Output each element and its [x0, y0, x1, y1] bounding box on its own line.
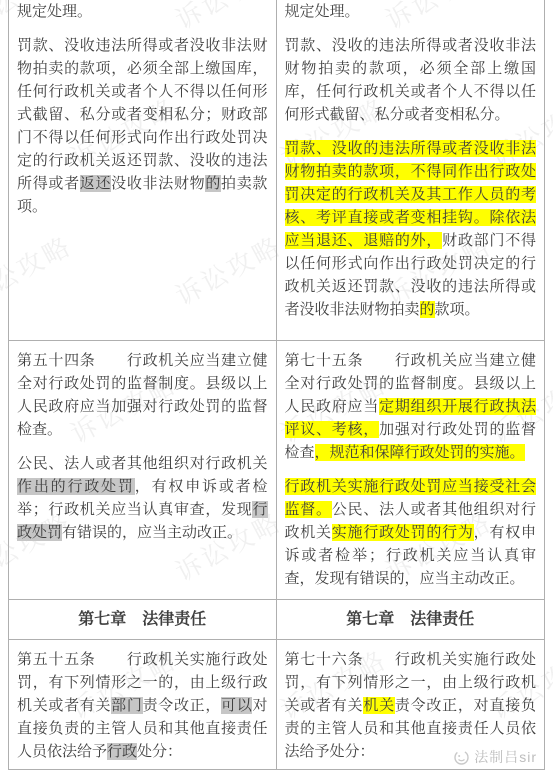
highlight-yellow-segment: 实施行政处罚的行为 — [332, 524, 474, 541]
row-supervision-left-cell: 第五十四条 行政机关应当建立健全对行政处罚的监督制度。县级以上人民政府应当加强对… — [9, 341, 277, 599]
paragraph: 公民、法人或者其他组织对行政机关作出的行政处罚，有权申诉或者检举；行政机关应当认… — [17, 452, 268, 544]
highlight-gray-segment: 部门 — [111, 697, 142, 714]
highlight-yellow-segment: ，规范和保障行政处罚的实施。 — [315, 444, 525, 461]
paragraph: 第五十五条 行政机关实施行政处罚，有下列情形之一的，由上级行政机关或者有关部门责… — [17, 648, 268, 763]
account-watermark-text: 法制吕sir — [474, 747, 537, 767]
highlight-gray-segment: 行政 — [107, 743, 137, 760]
chapter-heading: 第七章 法律责任 — [78, 608, 206, 631]
highlight-gray-segment: 作出的行政处罚 — [17, 478, 135, 495]
text-segment: 罚款、没收违法所得或者没收非法财物拍卖的款项，必须全部上缴国库，任何行政机关或者… — [17, 37, 268, 192]
highlight-yellow-segment: 机关 — [363, 697, 395, 714]
highlight-gray-segment: 可以 — [221, 697, 252, 714]
row-chapter-heading-left-cell: 第七章 法律责任 — [9, 600, 277, 639]
text-segment: 规定处理。 — [285, 3, 360, 20]
law-comparison-page: { "watermark": { "text": "诉讼攻略" }, "badg… — [0, 0, 553, 782]
paragraph: 罚款、没收的违法所得或者没收非法财物拍卖的款项，不得同作出行政处罚决定的行政机关… — [285, 137, 537, 321]
row-fines-handling: 规定处理。罚款、没收违法所得或者没收非法财物拍卖的款项，必须全部上缴国库，任何行… — [9, 0, 544, 341]
text-segment: 款项。 — [435, 301, 480, 318]
highlight-gray-segment: 的 — [205, 175, 221, 192]
paragraph: 规定处理。 — [17, 0, 268, 23]
text-segment: 处分： — [137, 743, 182, 760]
row-supervision-right-cell: 第七十五条 行政机关应当建立健全对行政处罚的监督制度。县级以上人民政府应当定期组… — [277, 341, 545, 599]
highlight-gray-segment: 返还 — [80, 175, 111, 192]
row-supervision: 第五十四条 行政机关应当建立健全对行政处罚的监督制度。县级以上人民政府应当加强对… — [9, 341, 544, 600]
chapter-heading: 第七章 法律责任 — [346, 608, 474, 631]
account-watermark-badge: 法制吕sir — [453, 747, 537, 767]
paragraph: 规定处理。 — [285, 0, 537, 23]
row-liability-left-cell: 第五十五条 行政机关实施行政处罚，有下列情形之一的，由上级行政机关或者有关部门责… — [9, 640, 277, 769]
paragraph: 第七十六条 行政机关实施行政处罚，有下列情形之一，由上级行政机关或者有关机关责令… — [285, 648, 537, 763]
paragraph: 第五十四条 行政机关应当建立健全对行政处罚的监督制度。县级以上人民政府应当加强对… — [17, 349, 268, 441]
text-segment: 罚款、没收的违法所得或者没收非法财物拍卖的款项，必须全部上缴国库，任何行政机关或… — [285, 37, 537, 123]
text-segment: 有错误的，应当主动改正。 — [62, 524, 242, 541]
text-segment: 第五十四条 行政机关应当建立健全对行政处罚的监督制度。县级以上人民政府应当加强对… — [17, 352, 268, 438]
paragraph: 第七十五条 行政机关应当建立健全对行政处罚的监督制度。县级以上人民政府应当定期组… — [285, 349, 537, 464]
row-chapter-heading: 第七章 法律责任第七章 法律责任 — [9, 600, 544, 640]
text-segment: 没收非法财物 — [111, 175, 205, 192]
legal-sir-logo-icon — [453, 749, 470, 766]
row-fines-handling-left-cell: 规定处理。罚款、没收违法所得或者没收非法财物拍卖的款项，必须全部上缴国库，任何行… — [9, 0, 277, 340]
text-segment: 公民、法人或者其他组织对行政机关 — [17, 455, 268, 472]
row-fines-handling-right-cell: 规定处理。罚款、没收的违法所得或者没收非法财物拍卖的款项，必须全部上缴国库，任何… — [277, 0, 545, 340]
paragraph: 罚款、没收违法所得或者没收非法财物拍卖的款项，必须全部上缴国库，任何行政机关或者… — [17, 34, 268, 218]
highlight-yellow-segment: 的 — [420, 301, 435, 318]
text-segment: 规定处理。 — [17, 3, 92, 20]
paragraph: 罚款、没收的违法所得或者没收非法财物拍卖的款项，必须全部上缴国库，任何行政机关或… — [285, 34, 537, 126]
row-chapter-heading-right-cell: 第七章 法律责任 — [277, 600, 545, 639]
text-segment: 责令改正， — [143, 697, 221, 714]
paragraph: 行政机关实施行政处罚应当接受社会监督。公民、法人或者其他组织对行政机关实施行政处… — [285, 475, 537, 590]
law-comparison-table: 规定处理。罚款、没收违法所得或者没收非法财物拍卖的款项，必须全部上缴国库，任何行… — [8, 0, 545, 770]
